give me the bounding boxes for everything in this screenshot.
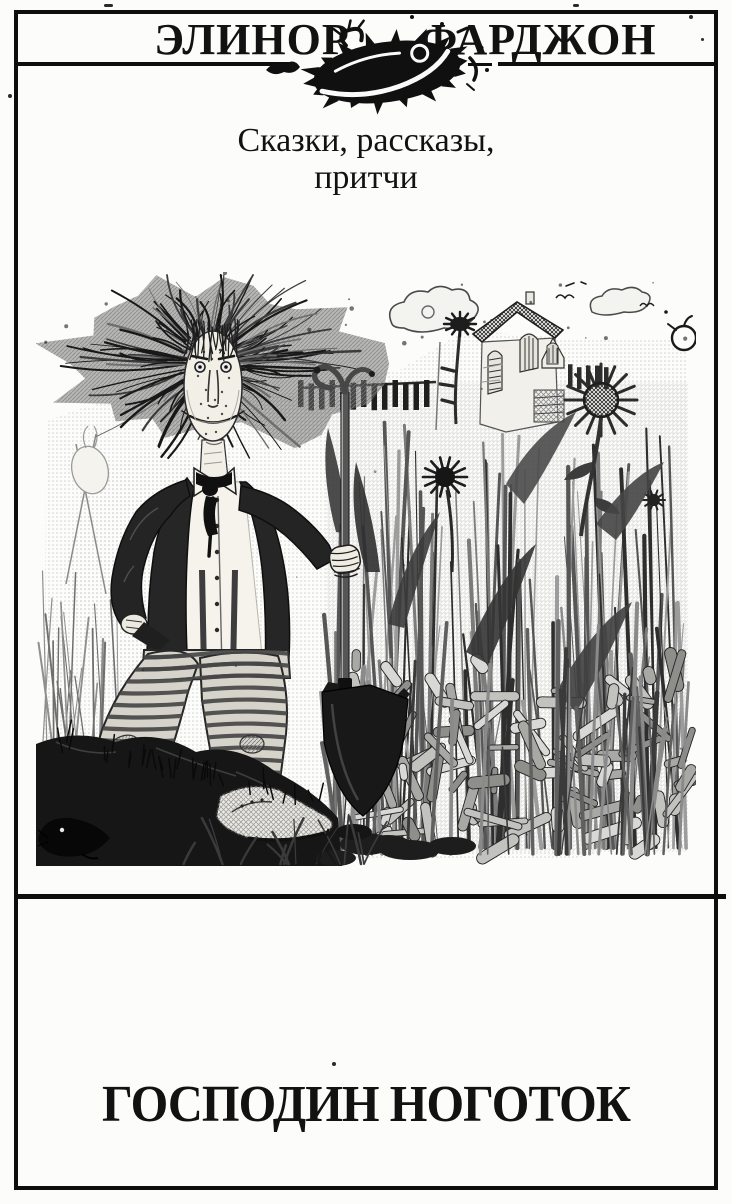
ink-speck [104,4,113,7]
subtitle-line-1: Сказки, рассказы, [0,122,732,159]
book-subtitle: Сказки, рассказы, притчи [0,122,732,196]
section-divider-rule [14,894,726,899]
seashell-icon [262,12,502,118]
ink-speck [8,94,12,98]
ink-speck [689,15,693,19]
ink-speck [573,4,579,7]
house [473,292,564,432]
subtitle-line-2: притчи [0,159,732,196]
header-rule-right [498,62,714,66]
book-title: ГОСПОДИН НОГОТОК [26,1078,707,1132]
cover-illustration [36,272,696,872]
seashell-body [295,12,475,118]
header-rule-left [18,62,294,66]
ink-speck [701,38,704,41]
book-page: { "book": { "author": { "first_name": "Э… [0,0,732,1204]
ink-speck [332,1062,336,1066]
